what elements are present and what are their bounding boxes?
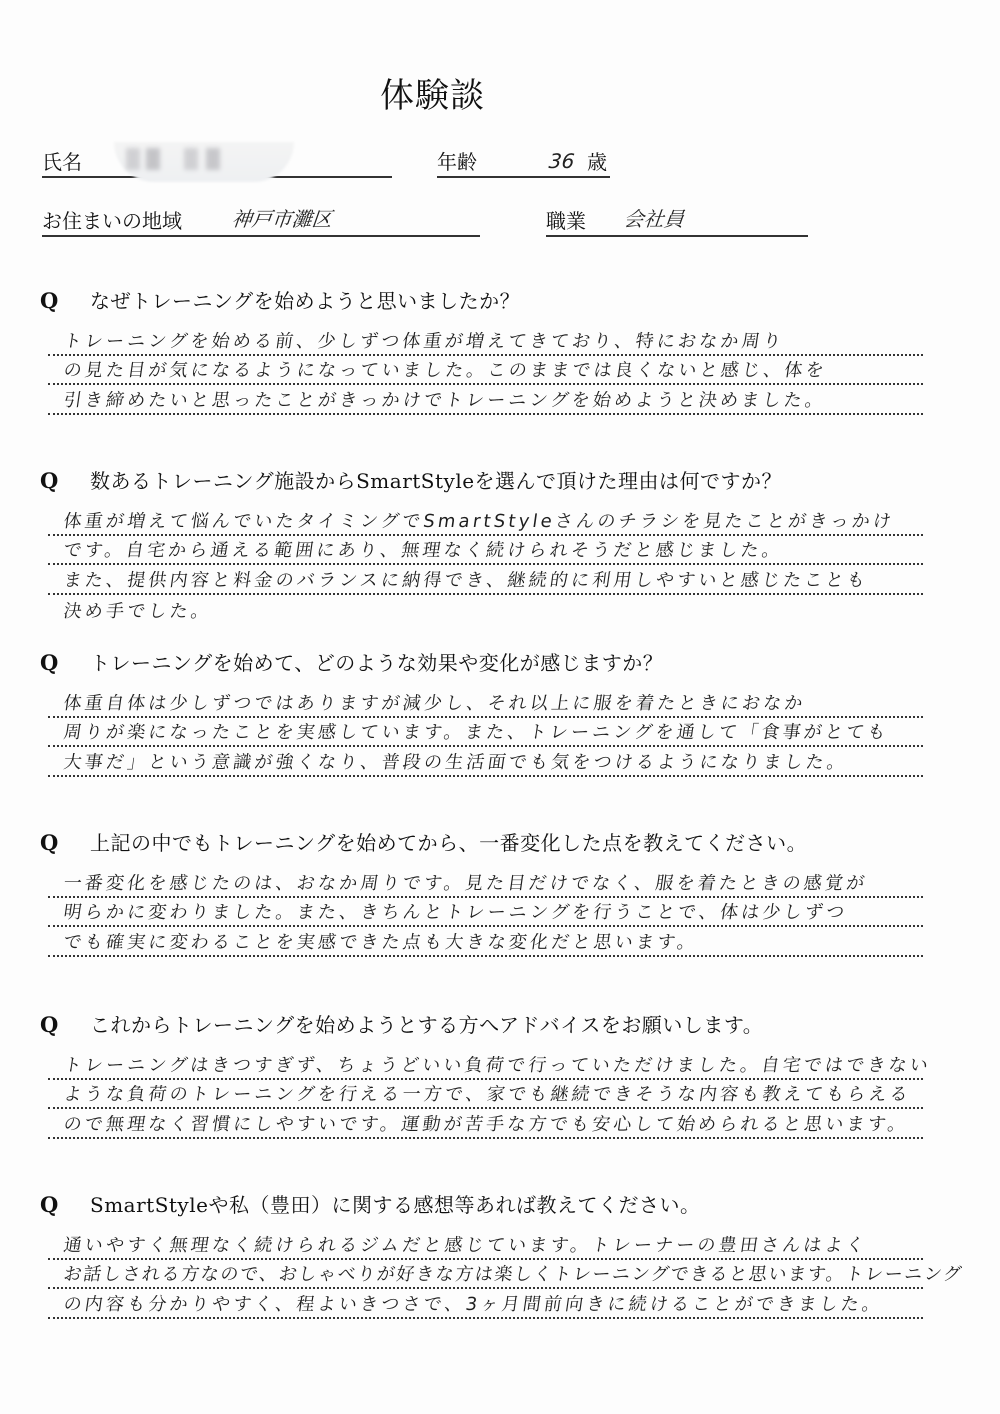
answer-2: 体重が増えて悩んでいたタイミングでSmartStyleさんのチラシを見たことがき… [48,506,923,624]
answer-line: 決め手でした。 [48,595,923,625]
qa-section-1: Q なぜトレーニングを始めようと思いましたか？ トレーニングを始める前、少しずつ… [40,286,925,415]
answer-line: 大事だ」という意識が強くなり、普段の生活面でも気をつけるようになりました。 [48,747,923,777]
answer-line: 明らかに変わりました。また、きちんとトレーニングを行うことで、体は少しずつ [48,898,923,928]
q-mark: Q [40,466,90,496]
answer-line: ような負荷のトレーニングを行える一方で、家でも継続できそうな内容も教えてもらえる [48,1080,923,1110]
qa-section-4: Q 上記の中でもトレーニングを始めてから、一番変化した点を教えてください。 一番… [40,828,925,957]
redacted-name [114,142,294,182]
area-label: お住まいの地域 [42,205,182,234]
answer-line: 周りが楽になったことを実感しています。また、トレーニングを通して「食事がとても [48,718,923,748]
question-text: 数あるトレーニング施設からSmartStyleを選んで頂けた理由は何ですか？ [90,466,782,496]
q-mark: Q [40,648,90,678]
age-suffix: 歳 [587,146,607,175]
occupation-value: 会社員 [622,203,685,232]
answer-line: 体重自体は少しずつではありますが減少し、それ以上に服を着たときにおなか [48,688,923,718]
answer-line: ので無理なく習慣にしやすいです。運動が苦手な方でも安心して始められると思います。 [48,1109,923,1139]
qa-section-3: Q トレーニングを始めて、どのような効果や変化が感じますか？ 体重自体は少しずつ… [40,648,925,777]
answer-line: でも確実に変わることを実感できた点も大きな変化だと思います。 [48,927,923,957]
q-mark: Q [40,1010,90,1040]
testimonial-sheet: 体験談 氏名 年齢 36 歳 お住まいの地域 神戸市灘区 職業 会社員 Q なぜ… [0,0,1000,1414]
qa-section-2: Q 数あるトレーニング施設からSmartStyleを選んで頂けた理由は何ですか？… [40,466,925,624]
answer-line: 通いやすく無理なく続けられるジムだと感じています。トレーナーの豊田さんはよく [48,1230,923,1260]
question-text: SmartStyleや私（豊田）に関する感想等あれば教えてください。 [90,1190,700,1220]
answer-line: トレーニングはきつすぎず、ちょうどいい負荷で行っていただけました。自宅ではできな… [48,1050,923,1080]
age-field: 年齢 36 歳 [437,144,610,178]
answer-4: 一番変化を感じたのは、おなか周りです。見た目だけでなく、服を着たときの感覚が 明… [48,868,923,957]
question-text: これからトレーニングを始めようとする方へアドバイスをお願いします。 [90,1010,763,1040]
question-text: トレーニングを始めて、どのような効果や変化が感じますか？ [90,648,663,678]
qa-section-5: Q これからトレーニングを始めようとする方へアドバイスをお願いします。 トレーニ… [40,1010,925,1139]
question-2: Q 数あるトレーニング施設からSmartStyleを選んで頂けた理由は何ですか？ [40,466,925,496]
answer-line: 一番変化を感じたのは、おなか周りです。見た目だけでなく、服を着たときの感覚が [48,868,923,898]
question-1: Q なぜトレーニングを始めようと思いましたか？ [40,286,925,316]
q-mark: Q [40,828,90,858]
occupation-field: 職業 会社員 [546,203,808,237]
answer-line: 体重が増えて悩んでいたタイミングでSmartStyleさんのチラシを見たことがき… [48,506,923,536]
occupation-label: 職業 [546,205,586,234]
answer-line: また、提供内容と料金のバランスに納得でき、継続的に利用しやすいと感じたことも [48,565,923,595]
question-text: 上記の中でもトレーニングを始めてから、一番変化した点を教えてください。 [90,828,807,858]
name-field: 氏名 [42,144,392,178]
answer-1: トレーニングを始める前、少しずつ体重が増えてきており、特におなか周り の見た目が… [48,326,923,415]
answer-line: の内容も分かりやすく、程よいきつさで、3ヶ月間前向きに続けることができました。 [48,1289,923,1319]
question-6: Q SmartStyleや私（豊田）に関する感想等あれば教えてください。 [40,1190,925,1220]
answer-line: の見た目が気になるようになっていました。このままでは良くないと感じ、体を [48,356,923,386]
answer-line: 引き締めたいと思ったことがきっかけでトレーニングを始めようと決めました。 [48,385,923,415]
age-value: 36 [548,149,576,173]
question-4: Q 上記の中でもトレーニングを始めてから、一番変化した点を教えてください。 [40,828,925,858]
qa-section-6: Q SmartStyleや私（豊田）に関する感想等あれば教えてください。 通いや… [40,1190,925,1319]
age-label: 年齢 [437,146,477,175]
answer-line: です。自宅から通える範囲にあり、無理なく続けられそうだと感じました。 [48,536,923,566]
area-field: お住まいの地域 神戸市灘区 [42,203,480,237]
question-text: なぜトレーニングを始めようと思いましたか？ [90,286,520,316]
q-mark: Q [40,1190,90,1220]
answer-5: トレーニングはきつすぎず、ちょうどいい負荷で行っていただけました。自宅ではできな… [48,1050,923,1139]
area-value: 神戸市灘区 [230,203,333,232]
answer-3: 体重自体は少しずつではありますが減少し、それ以上に服を着たときにおなか 周りが楽… [48,688,923,777]
page-title: 体験談 [0,68,865,117]
q-mark: Q [40,286,90,316]
answer-6: 通いやすく無理なく続けられるジムだと感じています。トレーナーの豊田さんはよく お… [48,1230,923,1319]
answer-line: お話しされる方なので、おしゃべりが好きな方は楽しくトレーニングできると思います。… [48,1260,923,1290]
question-5: Q これからトレーニングを始めようとする方へアドバイスをお願いします。 [40,1010,925,1040]
answer-line: トレーニングを始める前、少しずつ体重が増えてきており、特におなか周り [48,326,923,356]
question-3: Q トレーニングを始めて、どのような効果や変化が感じますか？ [40,648,925,678]
name-label: 氏名 [42,146,82,175]
